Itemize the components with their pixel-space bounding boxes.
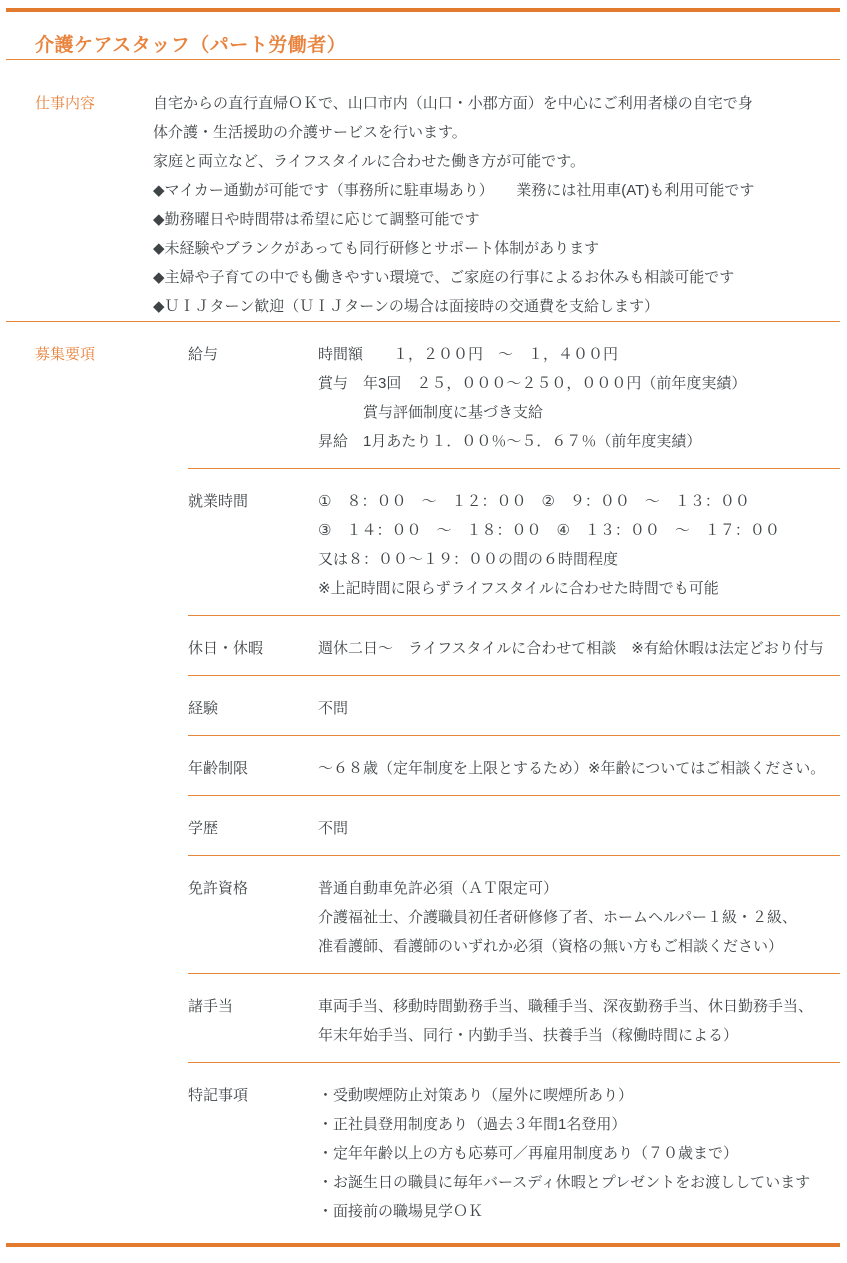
requirement-line: 准看護師、看護師のいずれか必須（資格の無い方もご相談ください） [318, 932, 840, 961]
requirement-row-label: 給与 [188, 340, 318, 369]
requirement-line: ・面接前の職場見学ＯＫ [318, 1197, 840, 1226]
requirement-row-value: 不問 [318, 694, 840, 723]
requirement-line: 時間額 １，２００円 ～ １，４００円 [318, 340, 840, 369]
requirement-line: ・定年年齢以上の方も応募可／再雇用制度あり（７０歳まで） [318, 1139, 840, 1168]
requirement-line: 不問 [318, 814, 840, 843]
requirement-row-label: 就業時間 [188, 487, 318, 516]
job-description-body: 自宅からの直行直帰ＯＫで、山口市内（山口・小郡方面）を中心にご利用者様の自宅で身… [153, 89, 847, 321]
requirement-row: 特記事項 ・受動喫煙防止対策あり（屋外に喫煙所あり）・正社員登用制度あり（過去３… [0, 1063, 847, 1243]
job-description-line: ◆勤務曜日や時間帯は希望に応じて調整可能です [153, 205, 847, 234]
requirement-row-value: ～６８歳（定年制度を上限とするため）※年齢についてはご相談ください。 [318, 754, 840, 783]
requirement-line: ・受動喫煙防止対策あり（屋外に喫煙所あり） [318, 1081, 840, 1110]
requirement-line: 昇給 1月あたり１．００％～５．６７％（前年度実績） [318, 427, 840, 456]
requirement-row-value: ① ８：００ ～ １２：００ ② ９：００ ～ １３：００③ １４：００ ～ １… [318, 487, 840, 603]
requirement-row: 免許資格 普通自動車免許必須（ＡＴ限定可）介護福祉士、介護職員初任者研修修了者、… [0, 856, 847, 973]
job-description-label: 仕事内容 [0, 89, 153, 118]
bottom-border-line [6, 1243, 840, 1247]
job-description-line: ◆主婦や子育ての中でも働きやすい環境で、ご家庭の行事によるお休みも相談可能です [153, 263, 847, 292]
requirement-row-label: 年齢制限 [188, 754, 318, 783]
requirement-row: 諸手当 車両手当、移動時間勤務手当、職種手当、深夜勤務手当、休日勤務手当、年末年… [0, 974, 847, 1062]
requirement-row-value: 時間額 １，２００円 ～ １，４００円賞与 年3回 ２５，０００～２５０，０００… [318, 340, 840, 456]
requirement-row-label: 免許資格 [188, 874, 318, 903]
requirement-line: ③ １４：００ ～ １８：００ ④ １３：００ ～ １７：００ [318, 516, 840, 545]
requirement-row-value: 週休二日～ ライフスタイルに合わせて相談 ※有給休暇は法定どおり付与 [318, 634, 840, 663]
requirement-row: 給与 時間額 １，２００円 ～ １，４００円賞与 年3回 ２５，０００～２５０，… [0, 322, 847, 468]
top-border-line [6, 8, 840, 12]
requirement-row-value: 普通自動車免許必須（ＡＴ限定可）介護福祉士、介護職員初任者研修修了者、ホームヘル… [318, 874, 840, 961]
job-description-line: 家庭と両立など、ライフスタイルに合わせた働き方が可能です。 [153, 147, 847, 176]
page-title: 介護ケアスタッフ（パート労働者） [35, 33, 847, 59]
requirement-row-value: ・受動喫煙防止対策あり（屋外に喫煙所あり）・正社員登用制度あり（過去３年間1名登… [318, 1081, 840, 1226]
requirement-row-value: 不問 [318, 814, 840, 843]
requirement-row: 就業時間 ① ８：００ ～ １２：００ ② ９：００ ～ １３：００③ １４：０… [0, 469, 847, 615]
requirement-line: ・お誕生日の職員に毎年バースディ休暇とプレゼントをお渡ししています [318, 1168, 840, 1197]
requirement-line: 年末年始手当、同行・内勤手当、扶養手当（稼働時間による） [318, 1021, 840, 1050]
job-description-line: ◆ＵＩＪターン歓迎（ＵＩＪターンの場合は面接時の交通費を支給します） [153, 292, 847, 321]
requirement-row-value: 車両手当、移動時間勤務手当、職種手当、深夜勤務手当、休日勤務手当、年末年始手当、… [318, 992, 840, 1050]
requirement-line: 介護福祉士、介護職員初任者研修修了者、ホームヘルパー１級・２級、 [318, 903, 840, 932]
requirement-line: 賞与評価制度に基づき支給 [318, 398, 840, 427]
requirement-line: 不問 [318, 694, 840, 723]
job-description-line: ◆未経験やブランクがあっても同行研修とサポート体制があります [153, 234, 847, 263]
requirement-row: 経験 不問 [0, 676, 847, 735]
job-description-line: ◆マイカー通勤が可能です（事務所に駐車場あり） 業務には社用車(AT)も利用可能… [153, 176, 847, 205]
requirement-line: ① ８：００ ～ １２：００ ② ９：００ ～ １３：００ [318, 487, 840, 516]
job-posting-page: 介護ケアスタッフ（パート労働者） 仕事内容 自宅からの直行直帰ＯＫで、山口市内（… [0, 0, 847, 1263]
requirement-row-label: 特記事項 [188, 1081, 318, 1110]
requirements-rows: 給与 時間額 １，２００円 ～ １，４００円賞与 年3回 ２５，０００～２５０，… [0, 322, 847, 1243]
requirement-line: 又は８：００～１９：００の間の６時間程度 [318, 545, 840, 574]
job-description-line: 自宅からの直行直帰ＯＫで、山口市内（山口・小郡方面）を中心にご利用者様の自宅で身 [153, 89, 847, 118]
requirement-row-label: 諸手当 [188, 992, 318, 1021]
requirement-row: 年齢制限 ～６８歳（定年制度を上限とするため）※年齢についてはご相談ください。 [0, 736, 847, 795]
requirement-row-label: 経験 [188, 694, 318, 723]
requirement-row-label: 学歴 [188, 814, 318, 843]
requirement-line: 車両手当、移動時間勤務手当、職種手当、深夜勤務手当、休日勤務手当、 [318, 992, 840, 1021]
requirement-line: ・正社員登用制度あり（過去３年間1名登用） [318, 1110, 840, 1139]
job-description-section: 仕事内容 自宅からの直行直帰ＯＫで、山口市内（山口・小郡方面）を中心にご利用者様… [0, 60, 847, 321]
requirements-label: 募集要項 [35, 340, 95, 369]
requirement-line: 賞与 年3回 ２５，０００～２５０，０００円（前年度実績） [318, 369, 840, 398]
requirement-row: 学歴 不問 [0, 796, 847, 855]
requirement-line: 週休二日～ ライフスタイルに合わせて相談 ※有給休暇は法定どおり付与 [318, 634, 840, 663]
requirement-line: ※上記時間に限らずライフスタイルに合わせた時間でも可能 [318, 574, 840, 603]
requirement-row: 休日・休暇 週休二日～ ライフスタイルに合わせて相談 ※有給休暇は法定どおり付与 [0, 616, 847, 675]
requirement-row-label: 休日・休暇 [188, 634, 318, 663]
requirements-section: 募集要項 給与 時間額 １，２００円 ～ １，４００円賞与 年3回 ２５，０００… [0, 322, 847, 1243]
requirement-line: 普通自動車免許必須（ＡＴ限定可） [318, 874, 840, 903]
requirement-line: ～６８歳（定年制度を上限とするため）※年齢についてはご相談ください。 [318, 754, 840, 783]
job-description-line: 体介護・生活援助の介護サービスを行います。 [153, 118, 847, 147]
